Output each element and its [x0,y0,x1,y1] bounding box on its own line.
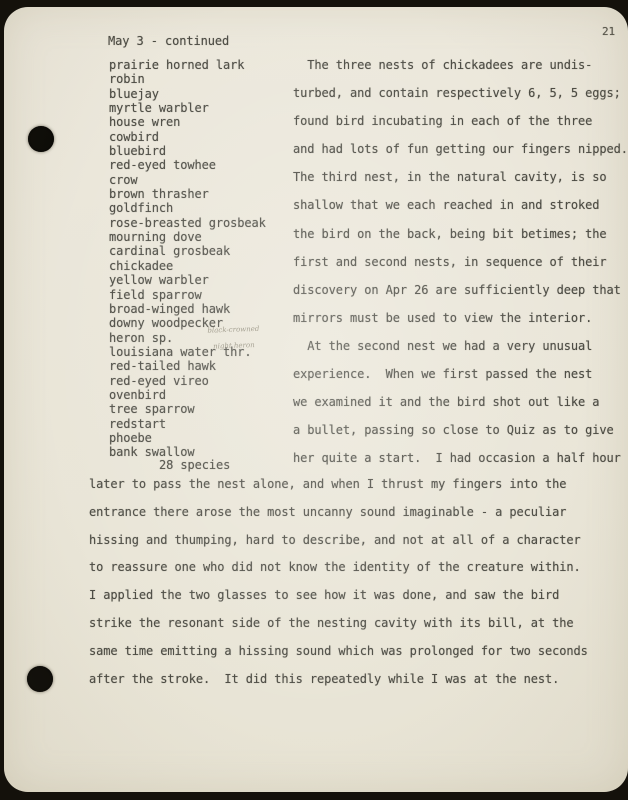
journal-entry-column: The three nests of chickadees are undis-… [293,51,628,472]
page-number: 21 [602,25,615,38]
handwritten-annotation-line2: night heron [213,341,255,350]
date-header: May 3 - continued [108,34,229,48]
hole-punch-top [28,126,54,152]
scanned-document: May 3 - continued 21 prairie horned lark… [0,0,628,800]
journal-entry-full-width: later to pass the nest alone, and when I… [89,471,588,693]
handwritten-annotation-line1: black-crowned [207,325,259,335]
hole-punch-bottom [27,666,53,692]
species-count-label: 28 species [159,458,230,472]
handwritten-annotation: black-crowned night heron [176,316,277,359]
journal-page: May 3 - continued 21 prairie horned lark… [4,7,628,792]
bird-species-list: prairie horned lark robin bluejay myrtle… [109,58,266,460]
